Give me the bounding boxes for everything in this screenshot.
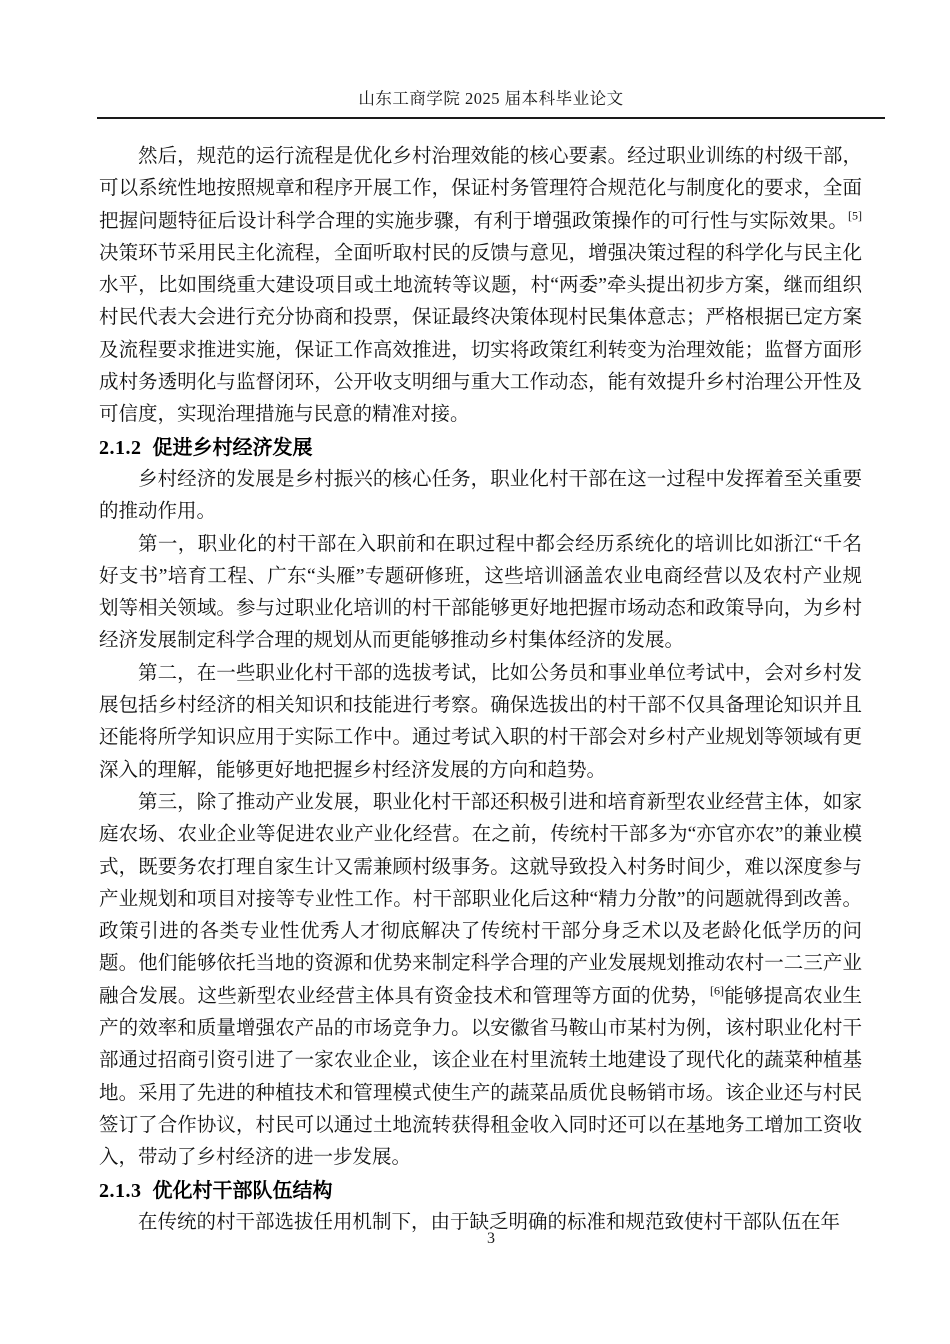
section-heading: 2.1.2促进乡村经济发展 [99,432,862,464]
citation-reference: [5] [848,208,862,222]
page-number: 3 [97,1228,885,1250]
thesis-page: 山东工商学院 2025 届本科毕业论文 然后，规范的运行流程是优化乡村治理效能的… [0,0,950,1344]
page-header-title: 山东工商学院 2025 届本科毕业论文 [97,88,885,110]
section-number: 2.1.3 [99,1180,142,1202]
document-body: 然后，规范的运行流程是优化乡村治理效能的核心要素。经过职业训练的村级干部，可以系… [99,141,862,1239]
paragraph: 第三，除了推动产业发展，职业化村干部还积极引进和培育新型农业经营主体，如家庭农场… [99,787,862,1175]
header-rule-divider [97,117,885,119]
paragraph: 然后，规范的运行流程是优化乡村治理效能的核心要素。经过职业训练的村级干部，可以系… [99,141,862,432]
section-title: 促进乡村经济发展 [153,437,313,459]
citation-reference: [6] [710,983,724,997]
section-number: 2.1.2 [99,437,142,459]
paragraph: 乡村经济的发展是乡村振兴的核心任务，职业化村干部在这一过程中发挥着至关重要的推动… [99,464,862,529]
paragraph: 第一，职业化的村干部在入职前和在职过程中都会经历系统化的培训比如浙江“千名好支书… [99,529,862,658]
section-heading: 2.1.3优化村干部队伍结构 [99,1175,862,1207]
paragraph: 第二，在一些职业化村干部的选拔考试，比如公务员和事业单位考试中，会对乡村发展包括… [99,658,862,787]
section-title: 优化村干部队伍结构 [153,1180,333,1202]
